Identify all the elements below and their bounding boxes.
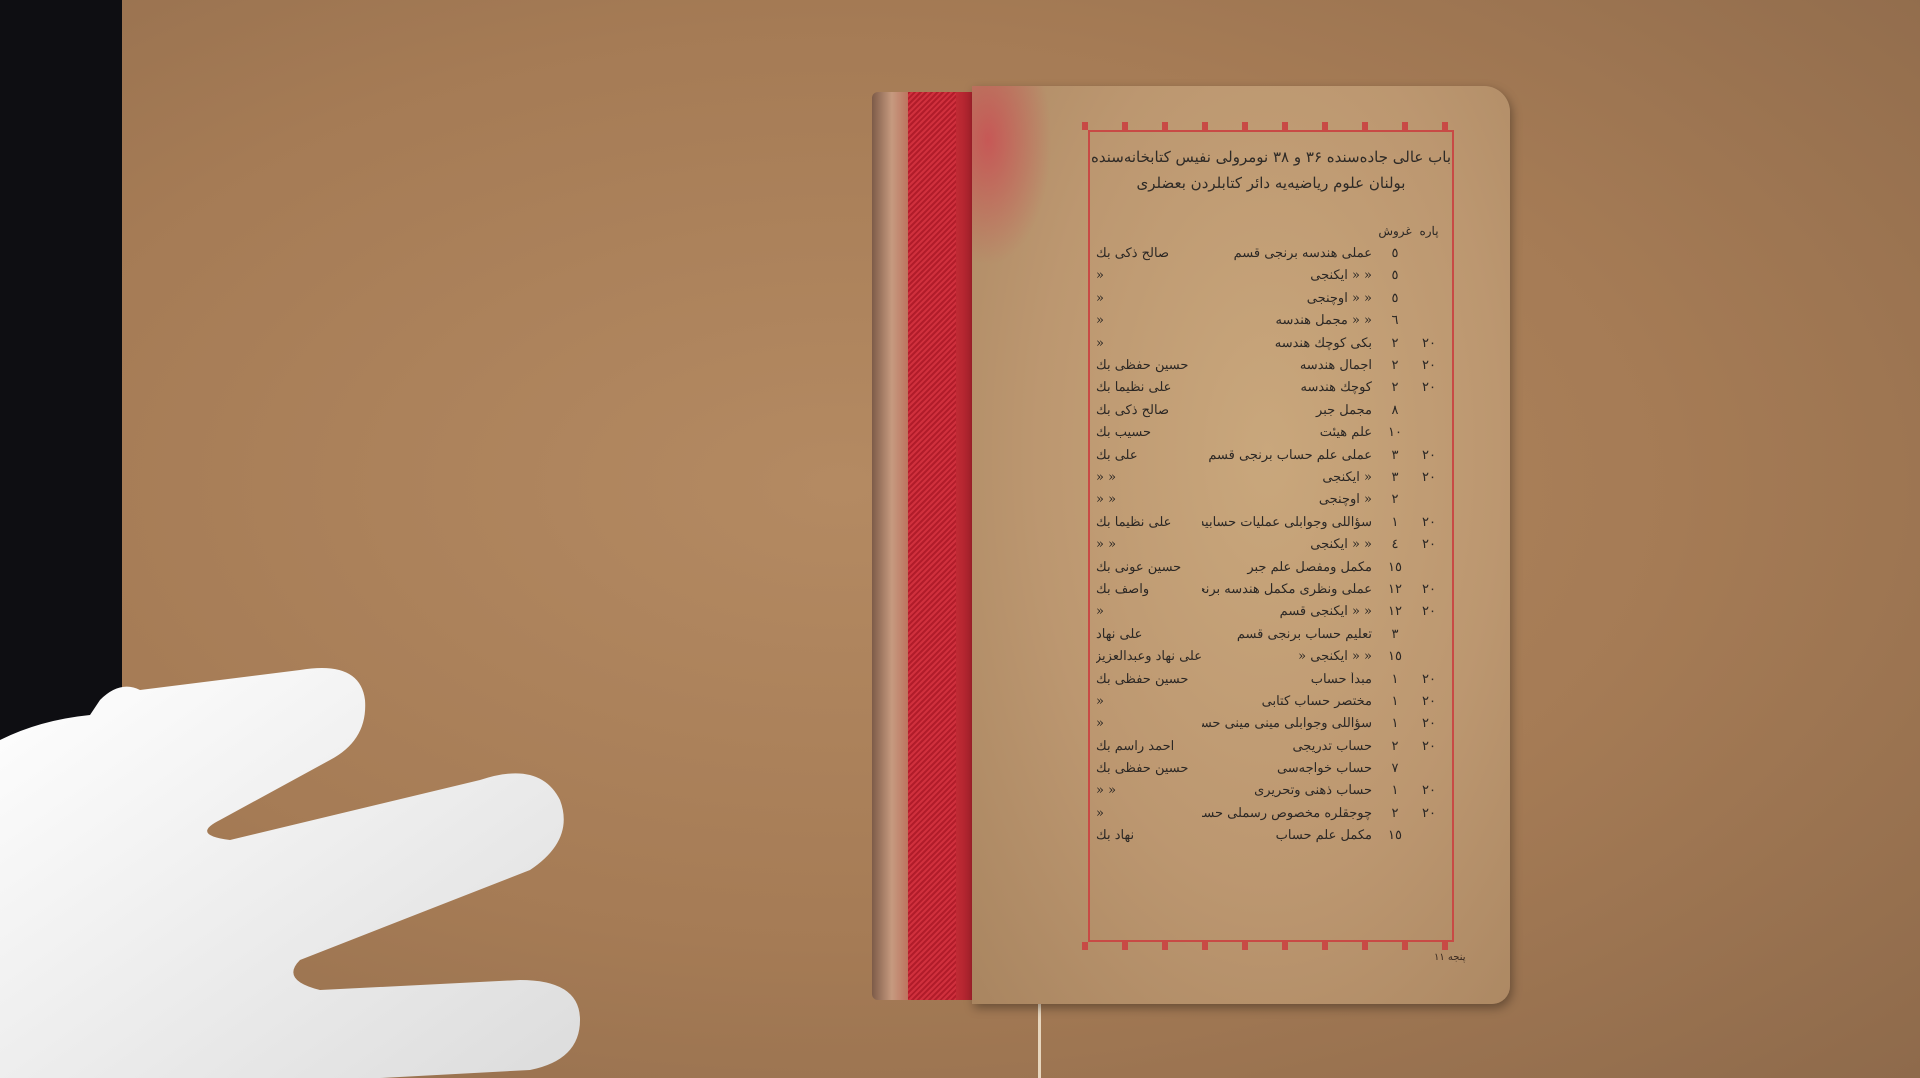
column-kurus: غروش: [1378, 224, 1412, 238]
list-item: ٢٠١سؤاللی وجوابلی مینی مینی حساب«: [1096, 713, 1446, 735]
book-title: « ایکنجی: [1202, 470, 1378, 485]
price-para: ٢٠: [1412, 537, 1446, 552]
back-cover: باب عالی جاده‌سنده ۳۶ و ۳۸ نومرولی نفیس …: [972, 86, 1510, 1004]
book-author: « «: [1096, 492, 1202, 507]
price-kurus: ٢: [1378, 806, 1412, 821]
list-item: ٢٠١حساب ذهنی وتحریری« «: [1096, 780, 1446, 802]
list-item: ٢٠٢حساب تدریجیاحمد راسم بك: [1096, 735, 1446, 757]
book-author: « «: [1096, 783, 1202, 798]
book-author: علی نهاد: [1096, 627, 1202, 642]
list-item: ٢٠٣عملی علم حساب برنجی قسمعلی بك: [1096, 444, 1446, 466]
book-author: علی نهاد وعبدالعزیز بکار: [1096, 649, 1202, 664]
price-para: ٢٠: [1412, 672, 1446, 687]
book-title: « « ایکنجی: [1202, 268, 1378, 283]
price-para: ٢٠: [1412, 515, 1446, 530]
price-para: ٢٠: [1412, 380, 1446, 395]
book-title: حساب ذهنی وتحریری: [1202, 783, 1378, 798]
list-item: ٢٠٤« « ایکنجی« «: [1096, 533, 1446, 555]
book-title: عملی ونظری مکمل هندسه برنجی قسم: [1202, 582, 1378, 597]
book-title: کوچك هندسه: [1202, 380, 1378, 395]
book-author: «: [1096, 806, 1202, 821]
book-author: واصف بك: [1096, 582, 1202, 597]
price-kurus: ٢: [1378, 358, 1412, 373]
book: باب عالی جاده‌سنده ۳۶ و ۳۸ نومرولی نفیس …: [872, 86, 1512, 1006]
handwritten-mark: پنجه ١١: [1434, 952, 1466, 963]
book-title: تعلیم حساب برنجی قسم: [1202, 627, 1378, 642]
list-item: ٥« « اوچنجی«: [1096, 287, 1446, 309]
price-para: ٢٠: [1412, 806, 1446, 821]
price-kurus: ١٥: [1378, 649, 1412, 664]
list-item: ٧حساب خواجه‌سیحسین حفظی بك: [1096, 757, 1446, 779]
cover-heading: باب عالی جاده‌سنده ۳۶ و ۳۸ نومرولی نفیس …: [1090, 144, 1452, 196]
book-author: حسین حفظی بك: [1096, 761, 1202, 776]
book-author: صالح ذکی بك: [1096, 403, 1202, 418]
book-title: بکی کوچك هندسه: [1202, 336, 1378, 351]
red-cloth-spine-band: [908, 92, 956, 1000]
book-title: اجمال هندسه: [1202, 358, 1378, 373]
list-item: ٦« « مجمل هندسه«: [1096, 310, 1446, 332]
list-item: ٢٠٢کوچك هندسهعلی نظیما بك: [1096, 377, 1446, 399]
price-kurus: ٣: [1378, 470, 1412, 485]
book-author: «: [1096, 268, 1202, 283]
column-para: پاره: [1412, 224, 1446, 238]
book-title: حساب تدریجی: [1202, 739, 1378, 754]
price-para: ٢٠: [1412, 336, 1446, 351]
book-author: علی بك: [1096, 448, 1202, 463]
book-author: « «: [1096, 470, 1202, 485]
price-kurus: ١٥: [1378, 828, 1412, 843]
price-para: ٢٠: [1412, 582, 1446, 597]
list-item: ٥عملی هندسه برنجی قسمصالح ذکی بك: [1096, 242, 1446, 264]
price-kurus: ١: [1378, 694, 1412, 709]
list-item: ٢٠١٢« « ایکنجی قسم«: [1096, 601, 1446, 623]
book-title: « « اوچنجی: [1202, 291, 1378, 306]
list-item: ٢٠٢چوجقلره مخصوص رسملی حساب کتابی«: [1096, 802, 1446, 824]
book-author: «: [1096, 336, 1202, 351]
book-title: « اوچنجی: [1202, 492, 1378, 507]
book-title: « « ایکنجی قسم: [1202, 604, 1378, 619]
price-para: ٢٠: [1412, 604, 1446, 619]
price-para: ٢٠: [1412, 783, 1446, 798]
list-item: ١٥مکمل علم حسابنهاد بك: [1096, 825, 1446, 847]
book-author: «: [1096, 313, 1202, 328]
book-title: عملی علم حساب برنجی قسم: [1202, 448, 1378, 463]
price-kurus: ٢: [1378, 492, 1412, 507]
price-kurus: ٤: [1378, 537, 1412, 552]
list-item: ٢٠٣« ایکنجی« «: [1096, 466, 1446, 488]
bookmark-string: [1038, 1000, 1041, 1078]
book-title: « « ایکنجی «: [1202, 649, 1378, 664]
red-stain: [972, 86, 1052, 266]
list-item: ٢٠٢اجمال هندسهحسین حفظی بك: [1096, 354, 1446, 376]
price-kurus: ١٠: [1378, 425, 1412, 440]
price-kurus: ١: [1378, 783, 1412, 798]
heading-line-1: باب عالی جاده‌سنده ۳۶ و ۳۸ نومرولی نفیس …: [1090, 144, 1452, 170]
list-item: ١٥« « ایکنجی «علی نهاد وعبدالعزیز بکار: [1096, 645, 1446, 667]
book-author: «: [1096, 291, 1202, 306]
heading-line-2: بولنان علوم ریاضیه‌یه دائر کتابلردن بعضل…: [1090, 170, 1452, 196]
list-item: ٢٠٢بکی کوچك هندسه«: [1096, 332, 1446, 354]
list-item: ٣تعلیم حساب برنجی قسمعلی نهاد: [1096, 623, 1446, 645]
list-item: ٢٠١مختصر حساب کتابی«: [1096, 690, 1446, 712]
book-title: سؤاللی وجوابلی مینی مینی حساب: [1202, 716, 1378, 731]
price-kurus: ١: [1378, 515, 1412, 530]
book-author: حسین حفظی بك: [1096, 358, 1202, 373]
book-title: « « مجمل هندسه: [1202, 313, 1378, 328]
book-author: نهاد بك: [1096, 828, 1202, 843]
book-author: « «: [1096, 537, 1202, 552]
book-author: علی نظیما بك: [1096, 515, 1202, 530]
book-author: احمد راسم بك: [1096, 739, 1202, 754]
price-kurus: ٥: [1378, 291, 1412, 306]
book-author: حسین حفظی بك: [1096, 672, 1202, 687]
list-item: ١٠علم هیئتحسیب بك: [1096, 422, 1446, 444]
ornamental-red-border: باب عالی جاده‌سنده ۳۶ و ۳۸ نومرولی نفیس …: [1088, 130, 1454, 942]
price-kurus: ٣: [1378, 627, 1412, 642]
book-title: مجمل جبر: [1202, 403, 1378, 418]
list-item: ٢٠١سؤاللی وجوابلی عملیات حسابیه برنجیعلی…: [1096, 511, 1446, 533]
price-kurus: ٢: [1378, 380, 1412, 395]
price-kurus: ١: [1378, 716, 1412, 731]
price-kurus: ٧: [1378, 761, 1412, 776]
list-item: ٨مجمل جبرصالح ذکی بك: [1096, 399, 1446, 421]
book-title: عملی هندسه برنجی قسم: [1202, 246, 1378, 261]
white-glove-hand: [0, 660, 600, 1078]
book-title: « « ایکنجی: [1202, 537, 1378, 552]
price-kurus: ١٢: [1378, 582, 1412, 597]
list-item: ٢٠١مبدأ حسابحسین حفظی بك: [1096, 668, 1446, 690]
book-title: سؤاللی وجوابلی عملیات حسابیه برنجی: [1202, 515, 1378, 530]
price-kurus: ٢: [1378, 739, 1412, 754]
book-title: علم هیئت: [1202, 425, 1378, 440]
price-kurus: ٣: [1378, 448, 1412, 463]
price-para: ٢٠: [1412, 358, 1446, 373]
price-para: ٢٠: [1412, 739, 1446, 754]
list-item: ٥« « ایکنجی«: [1096, 265, 1446, 287]
book-title: مکمل علم حساب: [1202, 828, 1378, 843]
price-para: ٢٠: [1412, 470, 1446, 485]
book-price-list: پاره غروش ٥عملی هندسه برنجی قسمصالح ذکی …: [1096, 220, 1446, 847]
book-author: صالح ذکی بك: [1096, 246, 1202, 261]
book-author: حسین عونی بك: [1096, 560, 1202, 575]
price-kurus: ٦: [1378, 313, 1412, 328]
price-kurus: ١: [1378, 672, 1412, 687]
book-author: حسیب بك: [1096, 425, 1202, 440]
list-item: ١٥مکمل ومفصل علم جبرحسین عونی بك: [1096, 556, 1446, 578]
book-author: علی نظیما بك: [1096, 380, 1202, 395]
price-para: ٢٠: [1412, 448, 1446, 463]
list-item: ٢٠١٢عملی ونظری مکمل هندسه برنجی قسمواصف …: [1096, 578, 1446, 600]
book-spine: [872, 92, 982, 1000]
price-para: ٢٠: [1412, 716, 1446, 731]
book-title: چوجقلره مخصوص رسملی حساب کتابی: [1202, 806, 1378, 821]
price-kurus: ١٥: [1378, 560, 1412, 575]
price-para: ٢٠: [1412, 694, 1446, 709]
book-title: حساب خواجه‌سی: [1202, 761, 1378, 776]
book-author: «: [1096, 694, 1202, 709]
price-kurus: ١٢: [1378, 604, 1412, 619]
book-title: مختصر حساب کتابی: [1202, 694, 1378, 709]
price-kurus: ٨: [1378, 403, 1412, 418]
price-kurus: ٥: [1378, 246, 1412, 261]
price-kurus: ٢: [1378, 336, 1412, 351]
price-kurus: ٥: [1378, 268, 1412, 283]
book-title: مبدأ حساب: [1202, 672, 1378, 687]
list-header: پاره غروش: [1096, 220, 1446, 242]
book-title: مکمل ومفصل علم جبر: [1202, 560, 1378, 575]
book-author: «: [1096, 604, 1202, 619]
book-author: «: [1096, 716, 1202, 731]
list-item: ٢« اوچنجی« «: [1096, 489, 1446, 511]
